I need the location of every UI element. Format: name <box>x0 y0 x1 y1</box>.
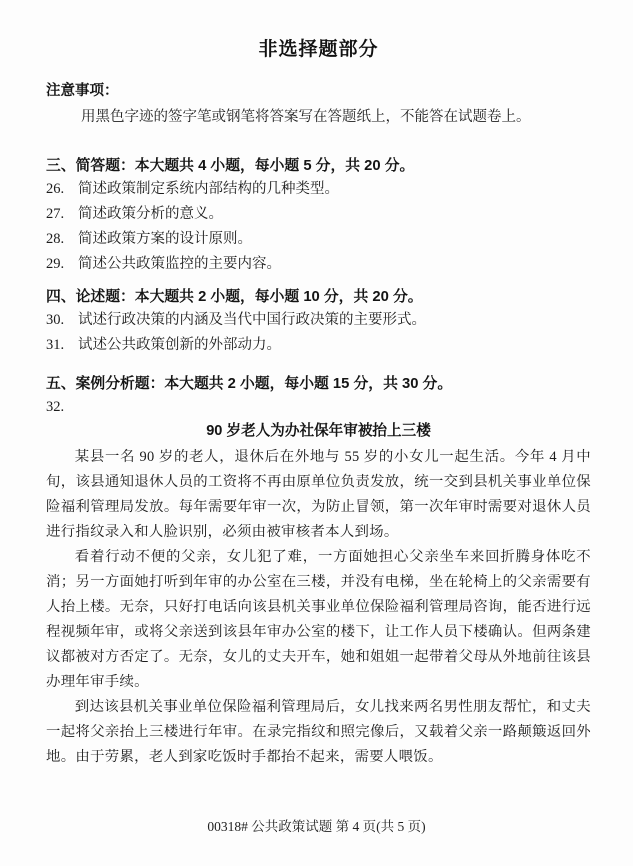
question-text: 简述政策分析的意义。 <box>78 206 223 222</box>
question-item-27: 27.简述政策分析的意义。 <box>46 202 591 227</box>
question-item-29: 29.简述公共政策监控的主要内容。 <box>46 252 591 277</box>
notice-label: 注意事项： <box>46 81 591 101</box>
page-title: 非选择题部分 <box>46 36 591 64</box>
exam-page: 非选择题部分 注意事项： 用黑色字迹的签字笔或钢笔将答案写在答题纸上，不能答在试… <box>0 0 633 866</box>
question-item-31: 31.试述公共政策创新的外部动力。 <box>46 333 591 358</box>
question-text: 简述公共政策监控的主要内容。 <box>78 256 281 272</box>
question-text: 简述政策方案的设计原则。 <box>78 231 252 247</box>
case-paragraph-1: 某县一名 90 岁的老人，退休后在外地与 55 岁的小女儿一起生活。今年 4 月… <box>46 445 591 545</box>
case-body: 某县一名 90 岁的老人，退休后在外地与 55 岁的小女儿一起生活。今年 4 月… <box>46 445 591 770</box>
case-study: 90 岁老人为办社保年审被抬上三楼 某县一名 90 岁的老人，退休后在外地与 5… <box>46 420 591 770</box>
question-item-28: 28.简述政策方案的设计原则。 <box>46 227 591 252</box>
section-short-answer: 三、简答题：本大题共 4 小题，每小题 5 分，共 20 分。 26.简述政策制… <box>46 155 591 277</box>
page-footer: 00318# 公共政策试题 第 4 页(共 5 页) <box>0 818 633 836</box>
question-item-32: 32. <box>46 395 591 420</box>
case-paragraph-2: 看着行动不便的父亲，女儿犯了难，一方面她担心父亲坐车来回折腾身体吃不消；另一方面… <box>46 545 591 695</box>
question-number: 32. <box>46 395 68 420</box>
question-number: 29. <box>46 252 68 277</box>
question-text: 简述政策制定系统内部结构的几种类型。 <box>78 181 339 197</box>
section-heading-essay: 四、论述题：本大题共 2 小题，每小题 10 分，共 20 分。 <box>46 286 591 308</box>
question-item-26: 26.简述政策制定系统内部结构的几种类型。 <box>46 177 591 202</box>
section-case-analysis: 五、案例分析题：本大题共 2 小题，每小题 15 分，共 30 分。 32. <box>46 373 591 420</box>
notice-block: 注意事项： 用黑色字迹的签字笔或钢笔将答案写在答题纸上，不能答在试题卷上。 <box>46 81 591 128</box>
question-number: 27. <box>46 202 68 227</box>
question-number: 28. <box>46 227 68 252</box>
question-number: 26. <box>46 177 68 202</box>
question-item-30: 30.试述行政决策的内涵及当代中国行政决策的主要形式。 <box>46 308 591 333</box>
case-paragraph-3: 到达该县机关事业单位保险福利管理局后，女儿找来两名男性朋友帮忙，和丈夫一起将父亲… <box>46 695 591 770</box>
section-heading-short-answer: 三、简答题：本大题共 4 小题，每小题 5 分，共 20 分。 <box>46 155 591 177</box>
section-heading-case-analysis: 五、案例分析题：本大题共 2 小题，每小题 15 分，共 30 分。 <box>46 373 591 395</box>
question-text: 试述行政决策的内涵及当代中国行政决策的主要形式。 <box>78 312 426 328</box>
notice-text: 用黑色字迹的签字笔或钢笔将答案写在答题纸上，不能答在试题卷上。 <box>46 106 591 128</box>
section-essay: 四、论述题：本大题共 2 小题，每小题 10 分，共 20 分。 30.试述行政… <box>46 286 591 358</box>
case-title: 90 岁老人为办社保年审被抬上三楼 <box>46 420 591 443</box>
question-text: 试述公共政策创新的外部动力。 <box>78 337 281 353</box>
question-number: 31. <box>46 333 68 358</box>
question-number: 30. <box>46 308 68 333</box>
